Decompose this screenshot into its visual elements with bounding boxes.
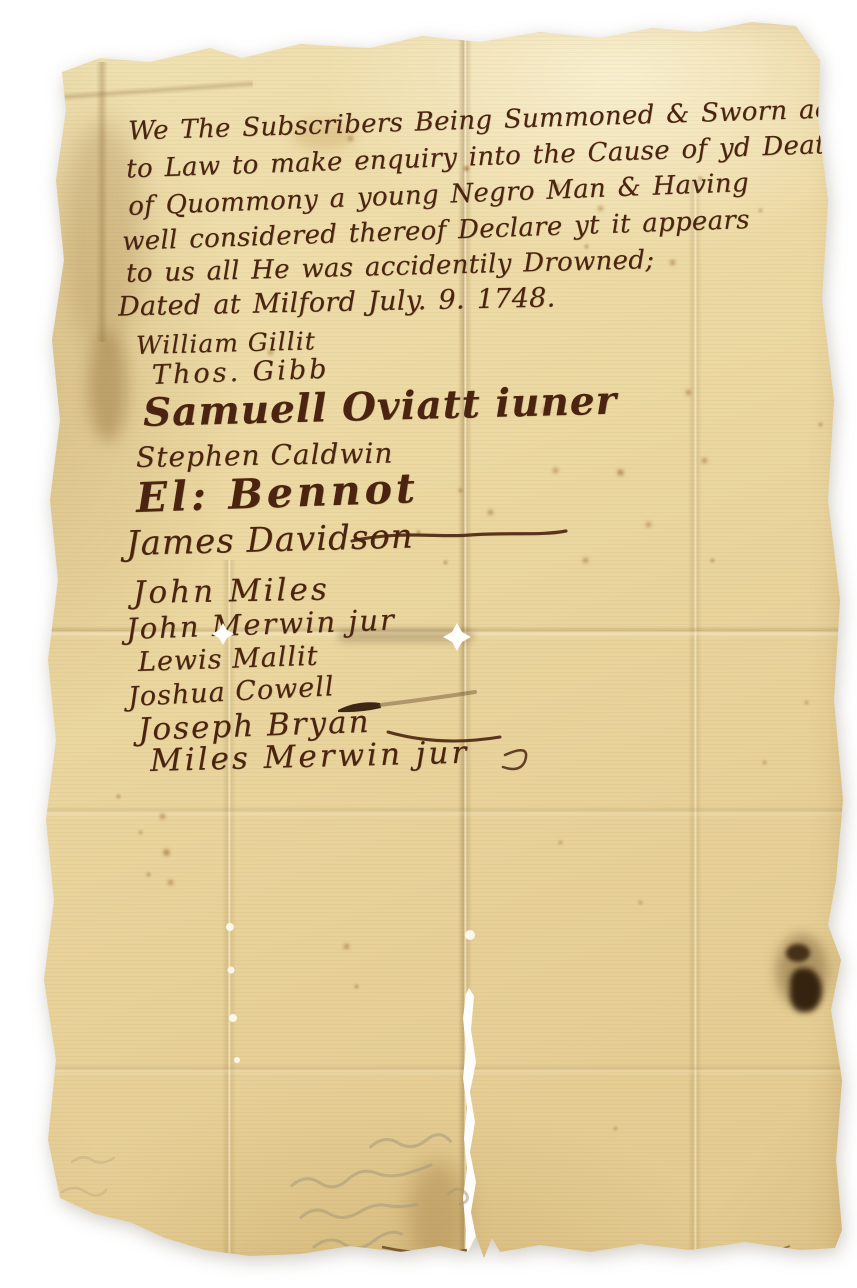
corner-crease bbox=[58, 79, 253, 102]
signature-miles-merwin-jur: Miles Merwin jur bbox=[150, 735, 470, 779]
signature-el-bennot: El: Bennot bbox=[135, 464, 419, 522]
paper-wrap: We The Subscribers Being Summoned & Swor… bbox=[0, 0, 857, 1288]
fold-crease-horizontal-2 bbox=[0, 806, 857, 818]
signature-james-davidson: James Davidson bbox=[125, 516, 414, 564]
ink-bleed-through-faint bbox=[62, 1157, 114, 1195]
stain bbox=[408, 1160, 468, 1270]
fold-crease-vertical-right bbox=[688, 180, 702, 1288]
ink-blot bbox=[786, 944, 810, 962]
bottom-edge-crack bbox=[735, 1246, 790, 1253]
signature-flourish-merwin bbox=[503, 750, 526, 769]
ink-blot bbox=[790, 968, 822, 1012]
manuscript-paper: We The Subscribers Being Summoned & Swor… bbox=[0, 0, 857, 1288]
fold-crease-horizontal-3 bbox=[0, 1064, 857, 1076]
foxing-spots bbox=[0, 0, 1, 1]
scanned-document: We The Subscribers Being Summoned & Swor… bbox=[0, 0, 857, 1288]
manuscript-dateline: Dated at Milford July. 9. 1748. bbox=[118, 282, 556, 322]
